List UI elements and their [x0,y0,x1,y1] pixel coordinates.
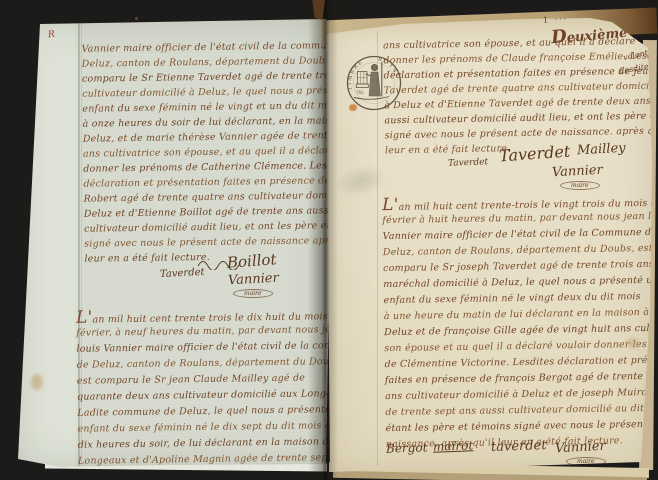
signature-maire-flourish: maire [560,181,600,190]
right-page-signature-block-1: Taverdet Taverdet Mailley Vannier maire [384,142,654,194]
age-stain [626,338,639,348]
age-stain [31,374,43,390]
stamp-value: 70c [356,90,365,96]
signature-vannier: Vannier [228,271,279,289]
left-page-sheet: R Vannier maire officier de l'état civil… [15,18,330,470]
left-page-signature-block: Boillot Taverdet Vannier maire [83,262,326,304]
signature-boillot: Boillot [226,250,277,271]
signature-taverdet: taverdet [491,438,547,455]
left-page-act2-text: L'an mil huit cent trente trois le dix h… [76,306,327,469]
signature-maire-flourish: maire [566,457,606,466]
signature-maire-flourish: maire [233,289,273,298]
left-page-act1-text: Vannier maire officier de l'état civil d… [81,38,327,266]
page-number-mark: 1 ··· [543,14,569,24]
right-page-signature-block-2: Bergot mairot taverdet Vannier maire [323,427,658,472]
signature-muirot: mairot [433,438,474,453]
signature-taverdet: Taverdet [160,267,205,280]
signature-bergot: Bergot [386,440,428,455]
signature-taverdet: Taverdet [498,142,570,166]
right-page-sheet: Deuxième volontie Lesdites TIMBRE ROYAL [323,10,658,480]
right-page: 1 ··· Deuxième volontie Lesdites TIMBRE … [323,10,658,480]
right-page-act1-text: ans cultivatrice son épouse, et au quel … [383,34,653,159]
signature-vannier: Vannier [552,163,603,181]
signature-vannier: Vannier [555,439,606,457]
left-page: R Vannier maire officier de l'état civil… [15,18,330,470]
register-scan-spread: R Vannier maire officier de l'état civil… [0,0,658,480]
signature-taverdet-small: Taverdet [448,157,488,168]
signature-mailley: Mailley [577,141,626,159]
stamp-ink-spot [349,104,357,111]
right-page-act2-text: L'an mil huit cent trente-trois le vingt… [382,193,654,453]
archivist-corner-mark: R [47,30,55,41]
